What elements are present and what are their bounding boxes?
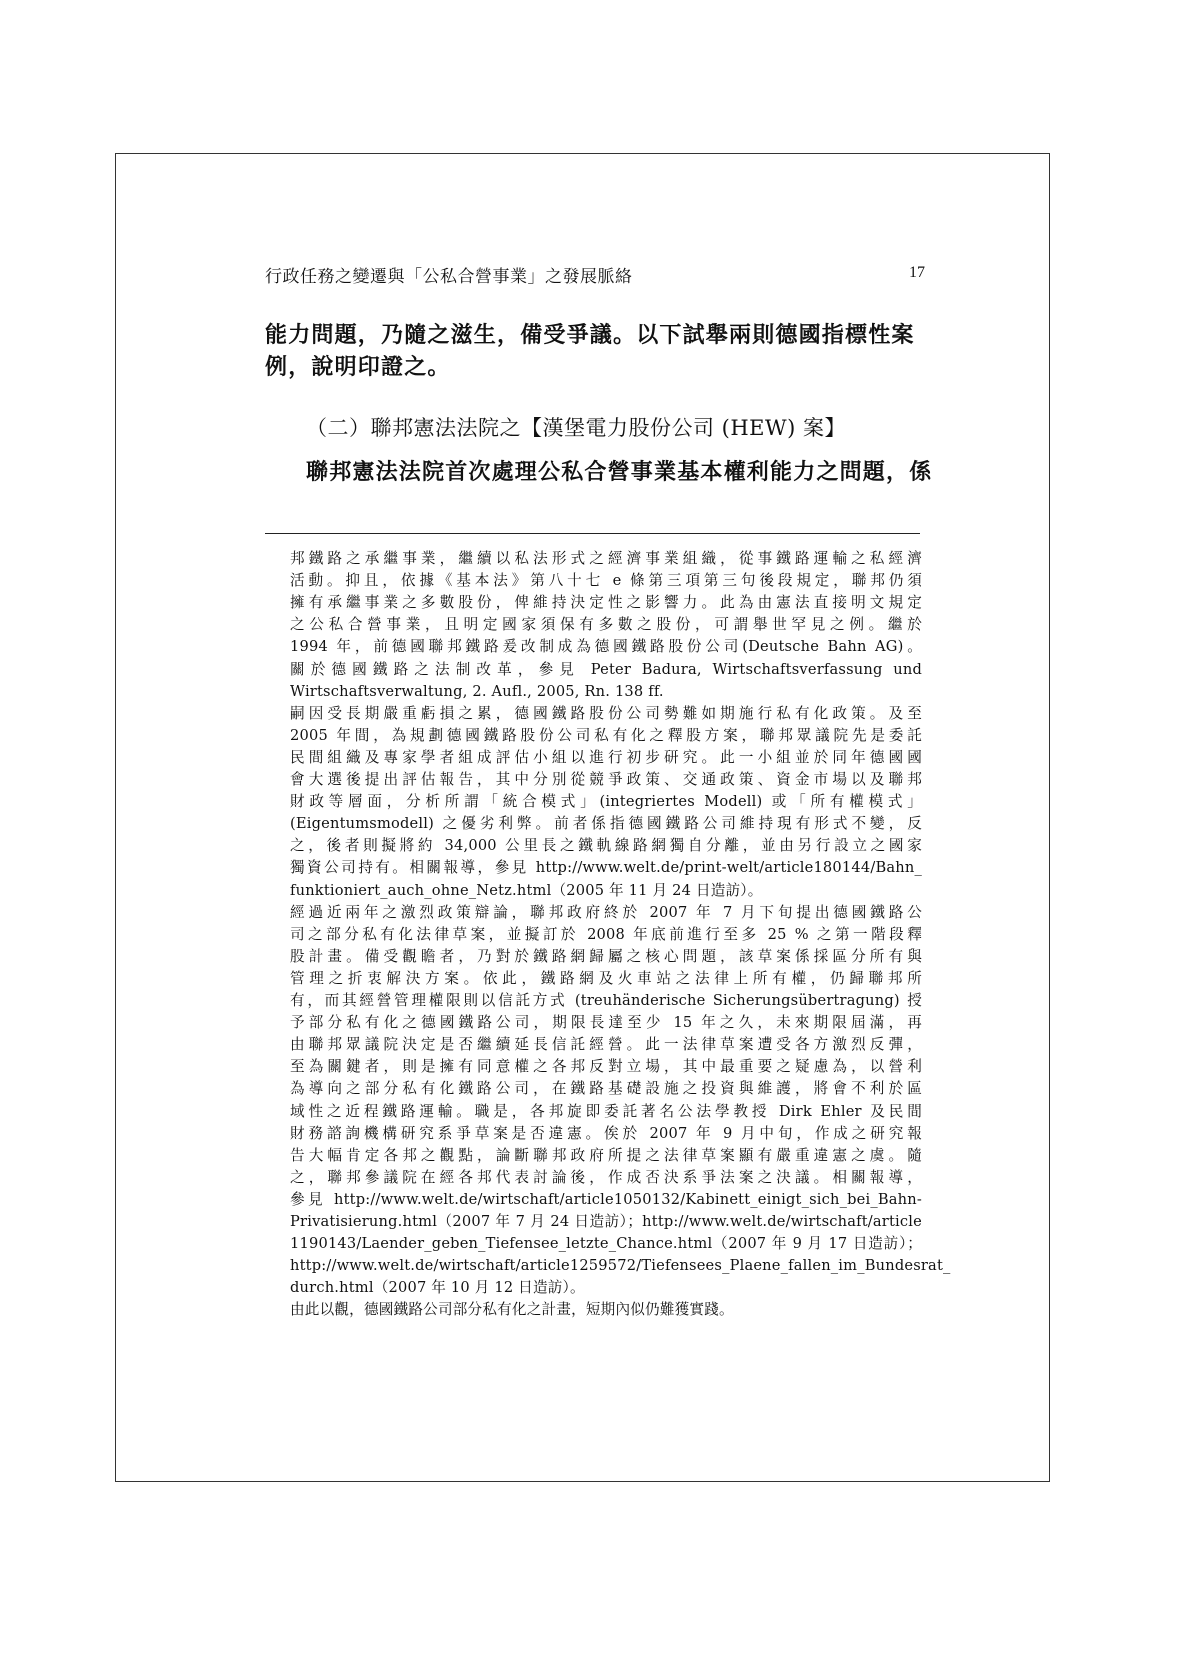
footnote-line: 2005 年間，為規劃德國鐵路股份公司私有化之釋股方案，聯邦眾議院先是委託 bbox=[290, 725, 922, 747]
footnote-line: 之，聯邦參議院在經各邦代表討論後，作成否決系爭法案之決議。相關報導， bbox=[290, 1167, 922, 1189]
footnote-line: 之，後者則擬將約 34,000 公里長之鐵軌線路網獨自分離，並由另行設立之國家 bbox=[290, 835, 922, 857]
footnote-line: 會大選後提出評估報告，其中分別從競爭政策、交通政策、資金市場以及聯邦 bbox=[290, 769, 922, 791]
footnote-line: http://www.welt.de/wirtschaft/article125… bbox=[290, 1255, 922, 1277]
footnote-line: 告大幅肯定各邦之觀點，論斷聯邦政府所提之法律草案顯有嚴重違憲之虞。隨 bbox=[290, 1145, 922, 1167]
footnote-line: 財務諮詢機構研究系爭草案是否違憲。俟於 2007 年 9 月中旬，作成之研究報 bbox=[290, 1123, 922, 1145]
body-text-line: 例，說明印證之。 bbox=[265, 350, 925, 381]
footnote-line: 邦鐵路之承繼事業，繼續以私法形式之經濟事業組織，從事鐵路運輸之私經濟 bbox=[290, 548, 922, 570]
footnote-line: 嗣因受長期嚴重虧損之累，德國鐵路股份公司勢難如期施行私有化政策。及至 bbox=[290, 703, 922, 725]
body-text-line: 能力問題，乃隨之滋生，備受爭議。以下試舉兩則德國指標性案 bbox=[265, 318, 925, 349]
footnote-line: funktioniert_auch_ohne_Netz.html（2005 年 … bbox=[290, 880, 922, 902]
section-heading: （二）聯邦憲法法院之【漢堡電力股份公司 (HEW) 案】 bbox=[306, 412, 846, 442]
footnote-line: durch.html（2007 年 10 月 12 日造訪）。 bbox=[290, 1277, 922, 1299]
footnote-line: Privatisierung.html（2007 年 7 月 24 日造訪）；h… bbox=[290, 1211, 922, 1233]
running-header: 行政任務之變遷與「公私合營事業」之發展脈絡 17 bbox=[265, 262, 925, 288]
footnote-line: 財政等層面，分析所謂「統合模式」(integriertes Modell) 或「… bbox=[290, 791, 922, 813]
footnote-line: 至為關鍵者，則是擁有同意權之各邦反對立場，其中最重要之疑慮為，以營利 bbox=[290, 1056, 922, 1078]
footnote-line: 之公私合營事業，且明定國家須保有多數之股份，可謂舉世罕見之例。繼於 bbox=[290, 614, 922, 636]
footnote-line: 股計畫。備受觀瞻者，乃對於鐵路網歸屬之核心問題，該草案係採區分所有與 bbox=[290, 946, 922, 968]
footnote-line: 予部分私有化之德國鐵路公司，期限長達至少 15 年之久，未來期限屆滿，再 bbox=[290, 1012, 922, 1034]
footnote-line: 關於德國鐵路之法制改革，參見 Peter Badura, Wirtschafts… bbox=[290, 659, 922, 681]
running-title: 行政任務之變遷與「公私合營事業」之發展脈絡 bbox=[265, 262, 633, 287]
footnote-line: 為導向之部分私有化鐵路公司，在鐵路基礎設施之投資與維護，將會不利於區 bbox=[290, 1078, 922, 1100]
footnote-line: 活動。抑且，依據《基本法》第八十七 e 條第三項第三句後段規定，聯邦仍須 bbox=[290, 570, 922, 592]
footnote-line: 域性之近程鐵路運輸。職是，各邦旋即委託著名公法學教授 Dirk Ehler 及民… bbox=[290, 1101, 922, 1123]
page-number: 17 bbox=[909, 264, 925, 282]
footnote-line: 由此以觀，德國鐵路公司部分私有化之計畫，短期內似仍難獲實踐。 bbox=[290, 1299, 922, 1321]
footnote-line: 民間組織及專家學者組成評估小組以進行初步研究。此一小組並於同年德國國 bbox=[290, 747, 922, 769]
footnote-line: 擁有承繼事業之多數股份，俾維持決定性之影響力。此為由憲法直接明文規定 bbox=[290, 592, 922, 614]
footnote-line: 1190143/Laender_geben_Tiefensee_letzte_C… bbox=[290, 1233, 922, 1255]
footnote-line: 由聯邦眾議院決定是否繼續延長信託經營。此一法律草案遭受各方激烈反彈， bbox=[290, 1034, 922, 1056]
footnote-line: 獨資公司持有。相關報導，參見 http://www.welt.de/print-… bbox=[290, 857, 922, 879]
footnote-separator bbox=[265, 533, 920, 534]
footnote-line: (Eigentumsmodell) 之優劣利弊。前者係指德國鐵路公司維持現有形式… bbox=[290, 813, 922, 835]
footnote-line: 有，而其經營管理權限則以信託方式 (treuhänderische Sicher… bbox=[290, 990, 922, 1012]
footnote-line: 1994 年，前德國聯邦鐵路爰改制成為德國鐵路股份公司(Deutsche Bah… bbox=[290, 636, 922, 658]
footnote-line: 司之部分私有化法律草案，並擬訂於 2008 年底前進行至多 25 % 之第一階段… bbox=[290, 924, 922, 946]
footnote-line: 管理之折衷解決方案。依此，鐵路網及火車站之法律上所有權，仍歸聯邦所 bbox=[290, 968, 922, 990]
footnote-line: Wirtschaftsverwaltung, 2. Aufl., 2005, R… bbox=[290, 681, 922, 703]
footnote-line: 參見 http://www.welt.de/wirtschaft/article… bbox=[290, 1189, 922, 1211]
paragraph-start: 聯邦憲法法院首次處理公私合營事業基本權利能力之問題，係 bbox=[306, 455, 966, 486]
footnote-line: 經過近兩年之激烈政策辯論，聯邦政府終於 2007 年 7 月下旬提出德國鐵路公 bbox=[290, 902, 922, 924]
